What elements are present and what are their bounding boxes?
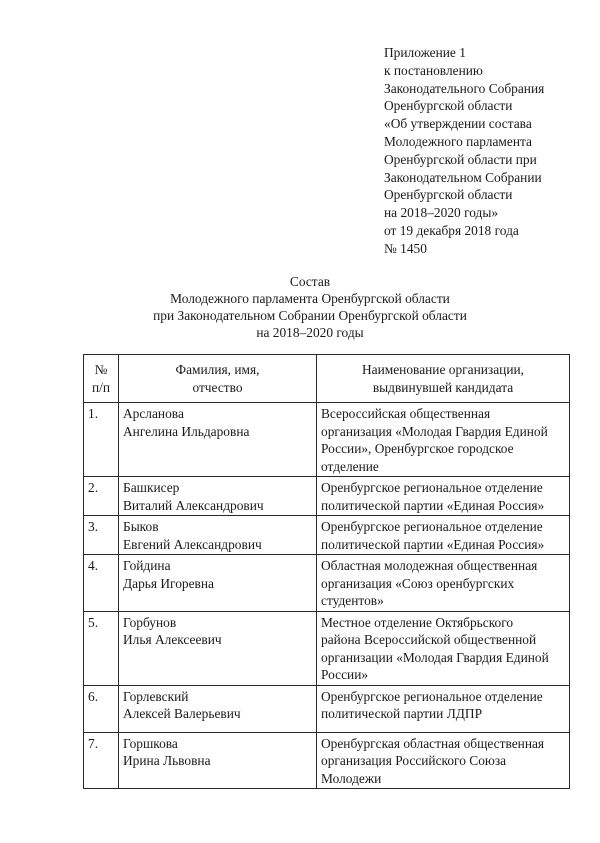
name-line: Ангелина Ильдаровна xyxy=(123,423,312,441)
nominating-organization: Оренбургская областная общественнаяорган… xyxy=(317,732,570,789)
organization-line: политической партии «Единая Россия» xyxy=(321,536,565,554)
header-text: № xyxy=(88,361,114,379)
organization-line: студентов» xyxy=(321,592,565,610)
name-line: Башкисер xyxy=(123,479,312,497)
row-number: 1. xyxy=(84,403,119,477)
member-name: АрслановаАнгелина Ильдаровна xyxy=(119,403,317,477)
organization-line: отделение xyxy=(321,458,565,476)
organization-line: Всероссийская общественная xyxy=(321,405,565,423)
organization-line: Оренбургское региональное отделение xyxy=(321,518,565,536)
row-number: 3. xyxy=(84,516,119,555)
organization-line: политической партии «Единая Россия» xyxy=(321,497,565,515)
row-number: 7. xyxy=(84,732,119,789)
appendix-line: Молодежного парламента xyxy=(384,133,584,151)
appendix-line: к постановлению xyxy=(384,62,584,80)
name-line: Ирина Львовна xyxy=(123,752,312,770)
nominating-organization: Оренбургское региональное отделениеполит… xyxy=(317,516,570,555)
organization-line: Оренбургская областная общественная xyxy=(321,735,565,753)
nominating-organization: Местное отделение Октябрьскогорайона Все… xyxy=(317,611,570,685)
table-row: 5.ГорбуновИлья АлексеевичМестное отделен… xyxy=(84,611,570,685)
appendix-line: № 1450 xyxy=(384,240,584,258)
organization-line: политической партии ЛДПР xyxy=(321,705,565,723)
header-text: выдвинувшей кандидата xyxy=(321,379,565,397)
appendix-line: «Об утверждении состава xyxy=(384,115,584,133)
members-table: № п/п Фамилия, имя, отчество Наименовани… xyxy=(83,354,570,789)
organization-line: организация «Молодая Гвардия Единой xyxy=(321,423,565,441)
header-text: Фамилия, имя, xyxy=(123,361,312,379)
appendix-header: Приложение 1 к постановлению Законодател… xyxy=(384,44,584,258)
title-line: Состав xyxy=(100,273,520,290)
member-name: ГойдинаДарья Игоревна xyxy=(119,555,317,612)
appendix-line: Приложение 1 xyxy=(384,44,584,62)
organization-line: организация Российского Союза xyxy=(321,752,565,770)
name-line: Горбунов xyxy=(123,614,312,632)
member-name: ГорлевскийАлексей Валерьевич xyxy=(119,685,317,732)
header-text: отчество xyxy=(123,379,312,397)
appendix-line: Законодательного Собрания xyxy=(384,80,584,98)
organization-line: России» xyxy=(321,666,565,684)
nominating-organization: Оренбургское региональное отделениеполит… xyxy=(317,685,570,732)
table-row: 6.ГорлевскийАлексей ВалерьевичОренбургск… xyxy=(84,685,570,732)
header-text: Наименование организации, xyxy=(321,361,565,379)
organization-line: района Всероссийской общественной xyxy=(321,631,565,649)
organization-line: России», Оренбургское городское xyxy=(321,440,565,458)
appendix-line: Законодательном Собрании xyxy=(384,169,584,187)
header-text: п/п xyxy=(88,379,114,397)
header-name: Фамилия, имя, отчество xyxy=(119,355,317,403)
table-header-row: № п/п Фамилия, имя, отчество Наименовани… xyxy=(84,355,570,403)
appendix-line: Оренбургской области xyxy=(384,186,584,204)
organization-line: Молодежи xyxy=(321,770,565,788)
title-line: при Законодательном Собрании Оренбургско… xyxy=(100,307,520,324)
name-line: Быков xyxy=(123,518,312,536)
organization-line: Областная молодежная общественная xyxy=(321,557,565,575)
nominating-organization: Оренбургское региональное отделениеполит… xyxy=(317,477,570,516)
name-line: Алексей Валерьевич xyxy=(123,705,312,723)
row-number: 2. xyxy=(84,477,119,516)
appendix-line: от 19 декабря 2018 года xyxy=(384,222,584,240)
title-line: на 2018–2020 годы xyxy=(100,324,520,341)
name-line: Дарья Игоревна xyxy=(123,575,312,593)
organization-line: Местное отделение Октябрьского xyxy=(321,614,565,632)
name-line: Горшкова xyxy=(123,735,312,753)
name-line: Горлевский xyxy=(123,688,312,706)
nominating-organization: Областная молодежная общественнаяорганиз… xyxy=(317,555,570,612)
member-name: ГоршковаИрина Львовна xyxy=(119,732,317,789)
member-name: БыковЕвгений Александрович xyxy=(119,516,317,555)
name-line: Виталий Александрович xyxy=(123,497,312,515)
row-number: 5. xyxy=(84,611,119,685)
organization-line: Оренбургское региональное отделение xyxy=(321,479,565,497)
member-name: ГорбуновИлья Алексеевич xyxy=(119,611,317,685)
row-number: 4. xyxy=(84,555,119,612)
name-line: Гойдина xyxy=(123,557,312,575)
organization-line: Оренбургское региональное отделение xyxy=(321,688,565,706)
header-organization: Наименование организации, выдвинувшей ка… xyxy=(317,355,570,403)
member-name: БашкисерВиталий Александрович xyxy=(119,477,317,516)
name-line: Арсланова xyxy=(123,405,312,423)
table-row: 1.АрслановаАнгелина ИльдаровнаВсероссийс… xyxy=(84,403,570,477)
organization-line: организация «Союз оренбургских xyxy=(321,575,565,593)
appendix-line: Оренбургской области xyxy=(384,97,584,115)
name-line: Евгений Александрович xyxy=(123,536,312,554)
table-row: 2.БашкисерВиталий АлександровичОренбургс… xyxy=(84,477,570,516)
nominating-organization: Всероссийская общественнаяорганизация «М… xyxy=(317,403,570,477)
table-row: 4.ГойдинаДарья ИгоревнаОбластная молодеж… xyxy=(84,555,570,612)
organization-line: организации «Молодая Гвардия Единой xyxy=(321,649,565,667)
appendix-line: на 2018–2020 годы» xyxy=(384,204,584,222)
name-line: Илья Алексеевич xyxy=(123,631,312,649)
appendix-line: Оренбургской области при xyxy=(384,151,584,169)
header-number: № п/п xyxy=(84,355,119,403)
row-number: 6. xyxy=(84,685,119,732)
table-row: 3.БыковЕвгений АлександровичОренбургское… xyxy=(84,516,570,555)
table-row: 7.ГоршковаИрина ЛьвовнаОренбургская обла… xyxy=(84,732,570,789)
title-line: Молодежного парламента Оренбургской обла… xyxy=(100,290,520,307)
document-title: Состав Молодежного парламента Оренбургск… xyxy=(100,273,520,341)
